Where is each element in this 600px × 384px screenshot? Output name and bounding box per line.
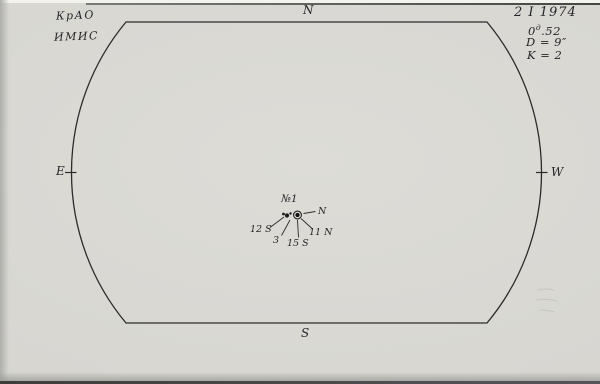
observation-date: 2 I 1974: [514, 6, 577, 19]
pointer-line-15s: [298, 220, 299, 238]
sunspot-dot: [282, 213, 285, 216]
pointer-line-n: [304, 212, 316, 214]
compass-west-label: W: [551, 166, 563, 178]
compass-east-label: E: [56, 165, 65, 177]
scanned-observation-sheet: КрАО ИМИС 2 I 1974 0д.52 D = 9″ K = 2 N …: [0, 0, 600, 384]
observatory-name-line2: ИМИС: [54, 30, 99, 43]
spot-label-3: 3: [273, 236, 279, 246]
compass-south-label: S: [301, 327, 309, 339]
diameter-value: D = 9″: [526, 37, 567, 49]
spot-label-12s: 12 S: [250, 225, 272, 235]
compass-north-label: N: [303, 4, 314, 16]
pointer-line-12s: [270, 217, 284, 228]
sunspot-group: [282, 211, 301, 219]
spot-label-15s: 15 S: [287, 239, 309, 249]
solar-disk-frame: [71, 22, 541, 323]
quality-value: K = 2: [527, 50, 562, 62]
spot-label-11n: 11 N: [309, 228, 332, 238]
sunspot-dot: [285, 213, 289, 217]
spot-label-n: N: [318, 207, 326, 217]
faint-pencil-marks: [536, 289, 557, 312]
sunspot-group-number: №1: [281, 194, 298, 205]
solar-disk-drawing: [0, 0, 600, 384]
observatory-name-line1: КрАО: [56, 9, 95, 21]
pointer-line-3: [282, 220, 291, 236]
sunspot-dot: [289, 212, 291, 214]
sunspot-umbra: [295, 213, 299, 217]
